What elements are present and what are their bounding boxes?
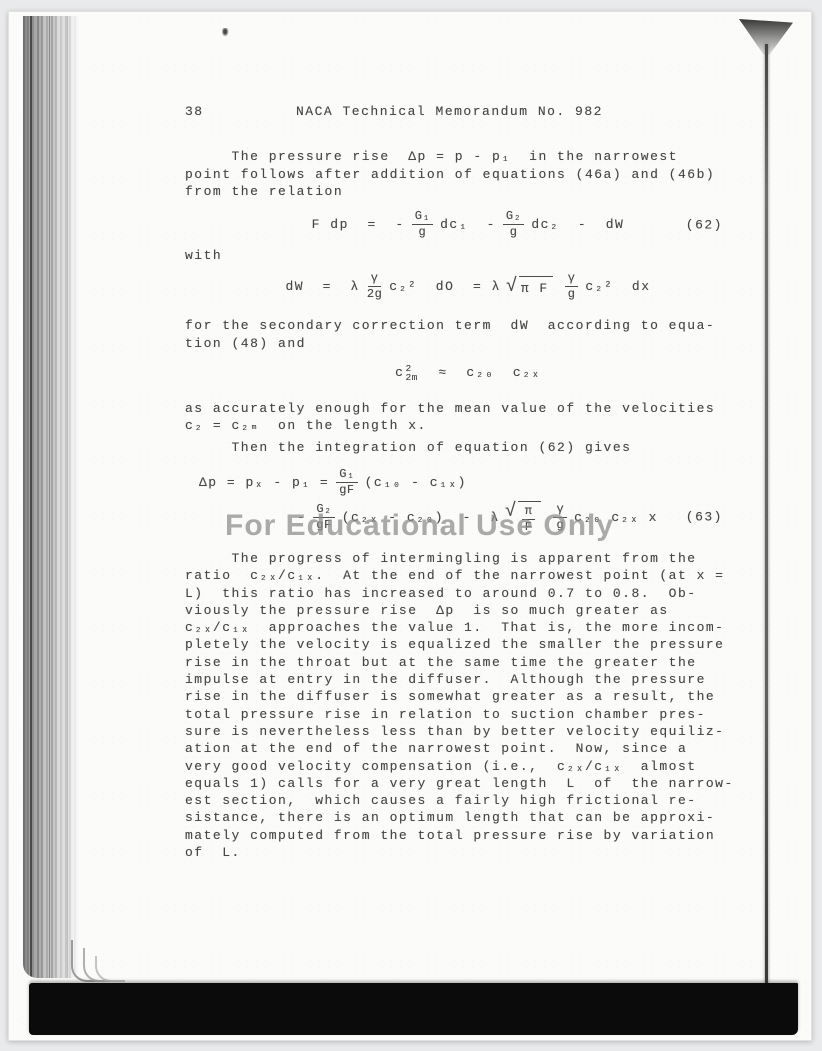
radical-sign: √ [506, 277, 519, 296]
page-header: 38 NACA Technical Memorandum No. 982 [185, 103, 751, 120]
paragraph-integration: Then the integration of equation (62) gi… [185, 439, 751, 456]
page-title: NACA Technical Memorandum No. 982 [296, 103, 603, 120]
paragraph-correction-term: for the secondary correction term dW acc… [185, 317, 751, 352]
page-number: 38 [185, 103, 296, 120]
radical: √ π F [506, 276, 553, 297]
sup-sub-stack: 2 2m [405, 364, 417, 382]
watermark-text: For Educational Use Only [225, 509, 614, 543]
equation-number-62: (62) [686, 216, 723, 233]
page-fold-shadow [765, 44, 768, 984]
fraction: G₁ g [412, 210, 433, 239]
equation-number-63: (63) [686, 509, 723, 526]
paragraph-intro: The pressure rise Δp = p - p₁ in the nar… [185, 148, 751, 200]
page-content: 38 NACA Technical Memorandum No. 982 The… [185, 103, 751, 861]
fraction: G₁ gF [336, 468, 357, 497]
equation-c2m: c 2 2m ≈ c₂₀ c₂ₓ [185, 364, 751, 382]
fraction: γ g [565, 272, 579, 301]
with-label: with [185, 247, 751, 264]
fraction: G₂ g [503, 210, 524, 239]
scanner-black-bar [29, 983, 798, 1035]
paragraph-discussion: The progress of intermingling is apparen… [185, 550, 751, 861]
equation-dw: dW = λ γ 2g c₂² dO = λ √ π F γ g c₂² dx [185, 272, 751, 301]
paragraph-mean-value: as accurately enough for the mean value … [185, 400, 751, 435]
scanned-page: For Educational Use Only 38 NACA Technic… [8, 11, 812, 1041]
ink-speck [222, 28, 229, 37]
fraction: γ 2g [367, 272, 382, 301]
book-binding-edge [23, 16, 79, 978]
equation-63-line1: Δp = pₓ - p₁ = G₁ gF (c₁₀ - c₁ₓ) [185, 468, 751, 497]
equation-62: F dp = - G₁ g dc₁ - G₂ g dc₂ - dW (62) [185, 210, 751, 239]
